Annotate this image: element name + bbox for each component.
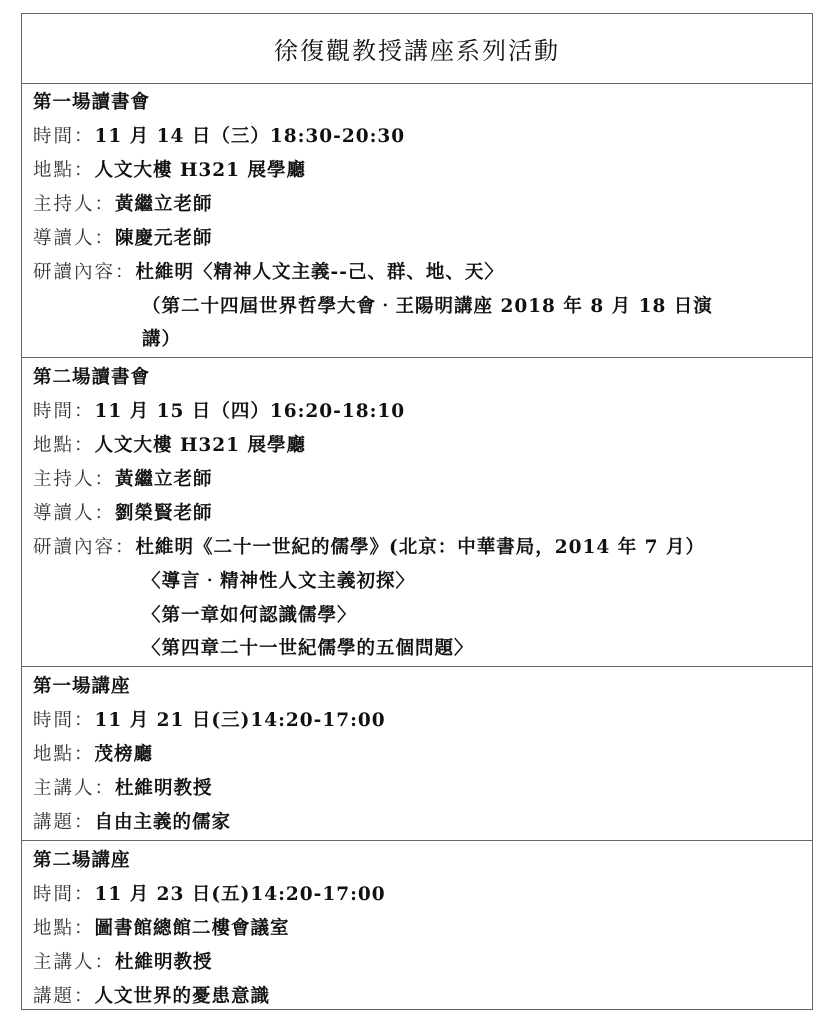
reading-content-chapter: 〈第一章如何認識儒學〉 xyxy=(142,599,357,633)
info-row-location: 地點：人文大樓 H321 展學廳 xyxy=(33,429,306,463)
info-row-reader: 導讀人：陳慶元老師 xyxy=(33,222,213,256)
info-row-time: 時間：11 月 21 日(三)14:20-17:00 xyxy=(33,704,386,738)
reading-content-chapter: 〈導言‧精神性人文主義初探〉 xyxy=(142,565,415,599)
section-heading: 第一場讀書會 xyxy=(33,86,150,120)
info-row-location: 地點：人文大樓 H321 展學廳 xyxy=(33,154,306,188)
section-heading: 第一場講座 xyxy=(33,670,131,704)
reading-content-chapter: 〈第四章二十一世紀儒學的五個問題〉 xyxy=(142,632,474,666)
info-row-speaker: 主講人：杜維明教授 xyxy=(33,772,213,806)
info-row-time: 時間：11 月 14 日（三）18:30-20:30 xyxy=(33,120,405,154)
section-heading: 第二場讀書會 xyxy=(33,361,150,395)
title-row: 徐復觀教授講座系列活動 xyxy=(22,14,812,84)
reading-content-continuation: 講） xyxy=(142,323,181,357)
reading-content-continuation: （第二十四屆世界哲學大會‧王陽明講座 2018 年 8 月 18 日演 xyxy=(142,290,713,324)
info-row-reader: 導讀人：劉榮賢老師 xyxy=(33,497,213,531)
section-reading-group-2: 第二場讀書會 時間：11 月 15 日（四）16:20-18:10 地點：人文大… xyxy=(22,358,812,667)
info-row-topic: 講題：人文世界的憂患意識 xyxy=(33,980,270,1014)
info-row-reading-content: 研讀內容：杜維明〈精神人文主義--己、群、地、天〉 xyxy=(33,256,504,290)
page-title: 徐復觀教授講座系列活動 xyxy=(274,31,560,66)
section-lecture-2: 第二場講座 時間：11 月 23 日(五)14:20-17:00 地點：圖書館總… xyxy=(22,841,812,1011)
info-row-host: 主持人：黃繼立老師 xyxy=(33,188,213,222)
info-row-location: 地點：茂榜廳 xyxy=(33,738,153,772)
info-row-location: 地點：圖書館總館二樓會議室 xyxy=(33,912,290,946)
section-heading: 第二場講座 xyxy=(33,844,131,878)
section-lecture-1: 第一場講座 時間：11 月 21 日(三)14:20-17:00 地點：茂榜廳 … xyxy=(22,667,812,841)
info-row-reading-content: 研讀內容：杜維明《二十一世紀的儒學》(北京：中華書局，2014 年 7 月） xyxy=(33,531,705,565)
info-row-host: 主持人：黃繼立老師 xyxy=(33,463,213,497)
section-reading-group-1: 第一場讀書會 時間：11 月 14 日（三）18:30-20:30 地點：人文大… xyxy=(22,83,812,358)
info-row-topic: 講題：自由主義的儒家 xyxy=(33,806,231,840)
info-row-time: 時間：11 月 23 日(五)14:20-17:00 xyxy=(33,878,386,912)
event-schedule-table: 徐復觀教授講座系列活動 第一場讀書會 時間：11 月 14 日（三）18:30-… xyxy=(21,13,813,1010)
info-row-time: 時間：11 月 15 日（四）16:20-18:10 xyxy=(33,395,405,429)
info-row-speaker: 主講人：杜維明教授 xyxy=(33,946,213,980)
